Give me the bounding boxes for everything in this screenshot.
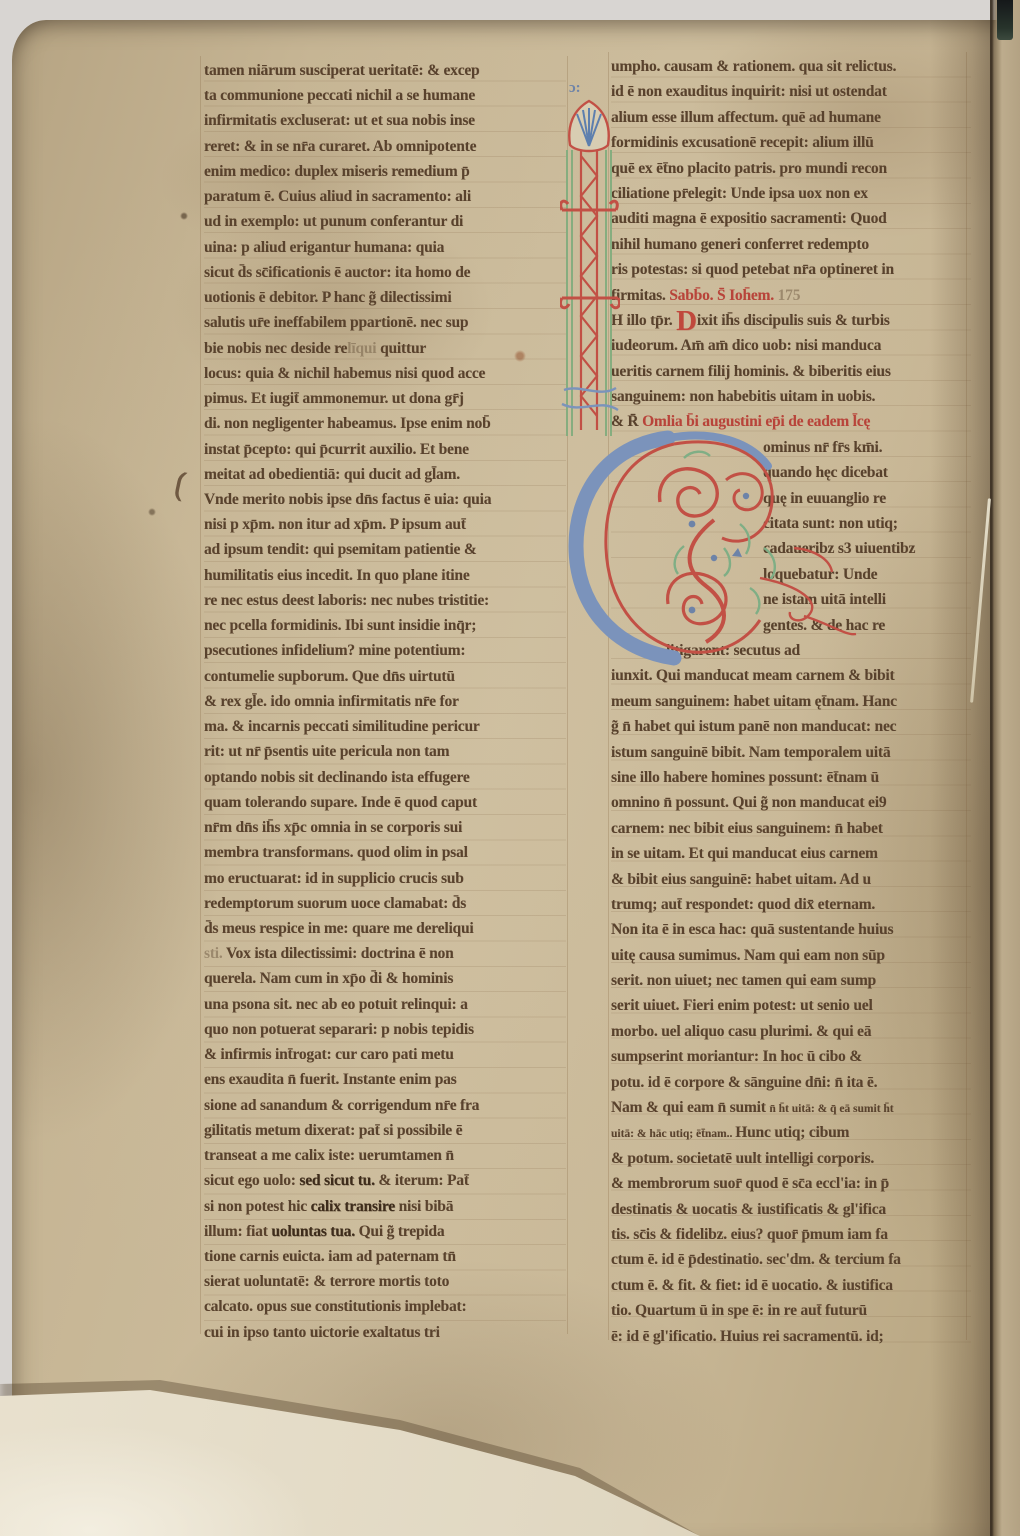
manuscript-line: formidinis excusationē recepit: alium il… [611,130,971,155]
manuscript-line: ctum ē. id ē p̄destinatio. sec'dm. & ter… [611,1247,971,1272]
manuscript-line: destinatis & uocatis & iustificatis & gl… [611,1197,971,1222]
body-text: transeat a me calix iste: uerumtamen n̄ [204,1147,454,1164]
body-text: salutis ur̄e ineffabilem ppartionē. nec … [204,314,468,331]
manuscript-line: transeat a me calix iste: uerumtamen n̄ [204,1143,566,1168]
manuscript-line: sumpserint moriantur: In hoc ū cibo & [611,1044,971,1069]
body-text: istum sanguinē bibit. Nam temporalem uit… [611,744,890,761]
manuscript-line: potu. id ē corpore & sānguine dn̄i: n̄ i… [611,1070,971,1095]
manuscript-line: & potum. societatē uult intelligi corpor… [611,1146,971,1171]
body-text: si non potest hic [204,1198,311,1215]
body-text: ctum ē. & fit. & fiet: id ē uocatio. & i… [611,1277,893,1294]
manuscript-line: sanguinem: non habebitis uitam in uobis. [611,384,971,409]
body-text: ta communione peccati nichil a se humane [204,87,475,104]
body-text: auditi magna ē expositio sacramenti: Quo… [611,210,887,227]
manuscript-line: ma. & incarnis peccati similitudine peri… [204,714,566,739]
manuscript-line: humilitatis eius incedit. In quo plane i… [204,563,566,588]
body-text: sine illo habere homines possunt: ēt̄nam… [611,769,879,786]
body-text: tione carnis euicta. iam ad paternam tn̄ [204,1248,456,1265]
manuscript-line: sicut ego uolo: sed sicut tu. & iterum: … [204,1168,566,1193]
body-text: quittur [376,340,426,357]
body-text: carnem: nec bibit eius sanguinem: n̄ hab… [611,820,883,837]
body-text: umpho. causam & rationem. qua sit relict… [611,58,896,75]
body-text: serit uiuet. Fieri enim potest: ut senio… [611,997,873,1014]
manuscript-line: tis. sc̄is & fidelibz. eius? quor̄ p̄mum… [611,1222,971,1247]
manuscript-line: sti. Vox ista dilectissimi: doctrina ē n… [204,941,566,966]
manuscript-line: instat p̄cepto: qui p̄currit auxilio. Et… [204,437,566,462]
body-text: līqui [347,340,376,357]
body-text: tamen niārum susciperat ueritatē: & exce… [204,62,479,79]
manuscript-line: morbo. uel aliquo casu plurimi. & qui eā [611,1019,971,1044]
body-text: 175 [774,287,800,304]
manuscript-line: g̃ n̄ habet qui istum panē non manducat:… [611,714,971,739]
manuscript-line: mo eructuarat: id in supplicio crucis su… [204,866,566,891]
manuscript-line: & infirmis int̄rogat: cur caro pati metu [204,1042,566,1067]
gutter-crease [930,20,990,1536]
manuscript-line: ctum ē. & fit. & fiet: id ē uocatio. & i… [611,1273,971,1298]
manuscript-line: meitat ad obedientiā: qui ducit ad gl̄am… [204,462,566,487]
body-text: & infirmis int̄rogat: cur caro pati metu [204,1046,454,1063]
manuscript-line: ta communione peccati nichil a se humane [204,83,566,108]
body-text: tio. Quartum ū in spe ē: in re aut̄ futu… [611,1302,867,1319]
manuscript-line: firmitas. Sabb̄o. S̄ Ioh̄em. 175 [611,283,971,308]
body-text: meitat ad obedientiā: qui ducit ad gl̄am… [204,466,460,483]
body-text: ud in exemplo: ut punum conferantur di [204,213,463,230]
manuscript-line: sine illo habere homines possunt: ēt̄nam… [611,765,971,790]
body-text: nisi bibā [395,1198,453,1215]
manuscript-line: bie nobis nec deside relīqui quittur [204,336,566,361]
body-text: sed sicut tu. [299,1172,374,1189]
manuscript-line: reret: & in se nr̄a curaret. Ab omnipote… [204,134,566,159]
manuscript-line: gilitatis metum dixerat: pat̄ si possibi… [204,1118,566,1143]
manuscript-line: H illo tp̄r. Dixit ih̄s discipulis suis … [611,308,971,333]
body-text: iunxit. Qui manducat meam carnem & bibit [611,667,895,684]
manuscript-line: querela. Nam cum in xp̄o d̄i & hominis [204,966,566,991]
manuscript-line: & rex gl̄e. ido omnia infirmitatis nr̄e … [204,689,566,714]
manuscript-line: iudeorum. Am̄ am̄ dico uob: nisi manduca [611,333,971,358]
body-text: Non ita ē in esca hac: quā sustentande h… [611,921,893,938]
body-text: instat p̄cepto: qui p̄currit auxilio. Et… [204,441,469,458]
body-text: destinatis & uocatis & iustificatis & gl… [611,1201,886,1218]
body-text: potu. id ē corpore & sānguine dn̄i: n̄ i… [611,1074,877,1091]
manuscript-line: locus: quia & nichil habemus nisi quod a… [204,361,566,386]
body-text: in se uitam. Et qui manducat eius carnem [611,845,878,862]
body-text: ctum ē. id ē p̄destinatio. sec'dm. & ter… [611,1251,901,1268]
body-text: g̃ n̄ habet qui istum panē non manducat:… [611,718,896,735]
body-text: nr̄m dn̄s ih̄s xp̄c omnia in se corporis… [204,819,462,836]
right-text-column: umpho. causam & rationem. qua sit relict… [611,54,971,1349]
body-text: quam tolerando supare. Inde ē quod caput [204,794,477,811]
manuscript-line: redemptorum suorum uoce clamabat: d̄s [204,891,566,916]
manuscript-line: re nec estus deest laboris: nec nubes tr… [204,588,566,613]
body-text: illum: fiat [204,1223,271,1240]
manuscript-line: omnino n̄ possunt. Qui g̃ non manducat e… [611,790,971,815]
body-text: bie nobis nec deside re [204,340,347,357]
manuscript-line: alium esse illum affectum. quē ad humane [611,105,971,130]
manuscript-line: trumq; aut̄ respondet: quod dix̄ eternam… [611,892,971,917]
body-text: paratum ē. Cuius aliud in sacramento: al… [204,188,471,205]
manuscript-line: serit. non uiuet; nec tamen qui eam sump [611,968,971,993]
body-text: ueritis carnem filij hominis. & biberiti… [611,363,891,380]
manuscript-line: quam tolerando supare. Inde ē quod caput [204,790,566,815]
body-text: iudeorum. Am̄ am̄ dico uob: nisi manduca [611,337,881,354]
body-text: sicut ego uolo: [204,1172,299,1189]
decorated-initial-I-bar-icon [560,98,620,446]
manuscript-line: nr̄m dn̄s ih̄s xp̄c omnia in se corporis… [204,815,566,840]
manuscript-line: uotionis ē debitor. P hanc g̃ dilectissi… [204,285,566,310]
body-text: tis. sc̄is & fidelibz. eius? quor̄ p̄mum… [611,1226,888,1243]
body-text: & iterum: Pat̄ [375,1172,469,1189]
body-text: Vnde merito nobis ipse dn̄s factus ē uia… [204,491,491,508]
manuscript-line: calcato. opus sue constitutionis impleba… [204,1294,566,1319]
body-text: Qui g̃ trepida [355,1223,445,1240]
body-text: meum sanguinem: habet uitam ęt̄nam. Hanc [611,693,897,710]
manuscript-line: ens exaudita n̄ fuerit. Instante enim pa… [204,1067,566,1092]
body-text: membra transformans. quod olim in psal [204,844,468,861]
manuscript-line: ueritis carnem filij hominis. & biberiti… [611,359,971,384]
manuscript-line: in se uitam. Et qui manducat eius carnem [611,841,971,866]
body-text: nisi p xp̄m. non itur ad xp̄m. P ipsum a… [204,516,466,533]
body-text: sumpserint moriantur: In hoc ū cibo & [611,1048,862,1065]
body-text: locus: quia & nichil habemus nisi quod a… [204,365,485,382]
body-text: re nec estus deest laboris: nec nubes tr… [204,592,489,609]
manuscript-line: auditi magna ē expositio sacramenti: Quo… [611,206,971,231]
body-text: sione ad sanandum & corrigendum nr̄e fra [204,1097,479,1114]
left-text-column: tamen niārum susciperat ueritatē: & exce… [204,58,566,1345]
manuscript-line: una psona sit. nec ab eo potuit relinqui… [204,992,566,1017]
body-text: cui in ipso tanto uictorie exaltatus tri [204,1324,440,1341]
manuscript-line: uitę causa sumimus. Nam qui eam non sūp [611,943,971,968]
manuscript-line: tione carnis euicta. iam ad paternam tn̄ [204,1244,566,1269]
manuscript-line: Nam & qui eam n̄ sumit n̄ h̄t uitā: & q̄… [611,1095,971,1120]
manuscript-line: ad ipsum tendit: qui psemitam patientie … [204,537,566,562]
body-text: Nam & qui eam n̄ sumit [611,1099,769,1116]
body-text: sti. [204,945,226,962]
manuscript-line: quo non potuerat separari: p nobis tepid… [204,1017,566,1042]
manuscript-line: contumelie supborum. Que dn̄s uirtutū [204,664,566,689]
manuscript-line: umpho. causam & rationem. qua sit relict… [611,54,971,79]
manuscript-line: uina: p aliud erigantur humana: quia [204,235,566,260]
body-text: alium esse illum affectum. quē ad humane [611,109,881,126]
body-text: rit: ut nr̄ p̄sentis uite pericula non t… [204,743,449,760]
body-text: ciliatione pr̄elegit: Unde ipsa uox non … [611,185,868,202]
body-text: uitā: & hāc utiq; ēt̄nam.. [611,1128,735,1140]
body-text: formidinis excusationē recepit: alium il… [611,134,874,151]
body-text: uitę causa sumimus. Nam qui eam non sūp [611,947,885,964]
manuscript-line: enim medico: duplex miseris remedium p̄ [204,159,566,184]
body-text: & bibit eius sanguinē: habet uitam. Ad u [611,871,871,888]
body-text: infirmitatis excluserat: ut et sua nobis… [204,112,475,129]
manuscript-line: carnem: nec bibit eius sanguinem: n̄ hab… [611,816,971,841]
body-text: uina: p aliud erigantur humana: quia [204,239,444,256]
body-text: & potum. societatē uult intelligi corpor… [611,1150,874,1167]
body-text: quo non potuerat separari: p nobis tepid… [204,1021,474,1038]
body-text: calcato. opus sue constitutionis impleba… [204,1298,466,1315]
manuscript-line: di. non negligenter habeamus. Ipse enim … [204,411,566,436]
body-text: & membrorum suor̄ quod ē sc̄a eccl'ia: i… [611,1175,889,1192]
body-text: sicut d̄s sc̄ificationis ē auctor: ita h… [204,264,470,281]
manuscript-line: nec pcella formidinis. Ibi sunt insidie … [204,613,566,638]
binding-tab [997,0,1013,40]
body-text: nec pcella formidinis. Ibi sunt insidie … [204,617,476,634]
manuscript-line: d̄s meus respice in me: quare me dereliq… [204,916,566,941]
manuscript-line: psecutiones infidelium? mine potentium: [204,638,566,663]
body-text: Vox ista dilectissimi: doctrina ē non [226,945,454,962]
body-text: di. non negligenter habeamus. Ipse enim … [204,415,491,432]
body-text: uoluntas tua. [271,1223,355,1240]
body-text: serit. non uiuet; nec tamen qui eam sump [611,972,876,989]
body-text: n̄ h̄t uitā: & q̄ eā sumit h̄t [769,1103,893,1115]
body-text: trumq; aut̄ respondet: quod dix̄ eternam… [611,896,875,913]
manuscript-line: & membrorum suor̄ quod ē sc̄a eccl'ia: i… [611,1171,971,1196]
body-text: omnino n̄ possunt. Qui g̃ non manducat e… [611,794,886,811]
manuscript-line: membra transformans. quod olim in psal [204,840,566,865]
manuscript-line: Vnde merito nobis ipse dn̄s factus ē uia… [204,487,566,512]
body-text: calix transire [311,1198,395,1215]
body-text: Hunc utiq; cibum [735,1124,849,1141]
body-text: quē ex ēt̄no placito patris. pro mundi r… [611,160,887,177]
manuscript-line: ē: id ē gl'ificatio. Huius rei sacrament… [611,1324,971,1349]
body-text: sanguinem: non habebitis uitam in uobis. [611,388,875,405]
body-text: ē: id ē gl'ificatio. Huius rei sacrament… [611,1328,884,1345]
body-text: humilitatis eius incedit. In quo plane i… [204,567,470,584]
body-text: ad ipsum tendit: qui psemitam patientie … [204,541,477,558]
body-text: H illo tp̄r. [611,312,676,329]
quire-mark: ɔ: [569,80,581,97]
manuscript-line: cui in ipso tanto uictorie exaltatus tri [204,1320,566,1345]
manuscript-line: optando nobis sit declinando ista effuge… [204,765,566,790]
rubric-text: Sabb̄o. S̄ Ioh̄em. [669,287,774,304]
manuscript-line: ris potestas: si quod petebat nr̄a optin… [611,257,971,282]
facing-page-edge [990,0,1020,1536]
manuscript-line: paratum ē. Cuius aliud in sacramento: al… [204,184,566,209]
body-text: nihil humano generi conferret redempto [611,236,869,253]
body-text: ixit ih̄s discipulis suis & turbis [697,312,890,329]
body-text: sierat uoluntatē: & terrore mortis toto [204,1273,449,1290]
column-rule-left-outer [200,56,201,1334]
body-text: ens exaudita n̄ fuerit. Instante enim pa… [204,1071,457,1088]
body-text: & rex gl̄e. ido omnia infirmitatis nr̄e … [204,693,459,710]
manuscript-line: si non potest hic calix transire nisi bi… [204,1194,566,1219]
body-text: pimus. Et iugit̄ ammonemur. ut dona gr̄j [204,390,464,407]
manuscript-line: istum sanguinē bibit. Nam temporalem uit… [611,740,971,765]
manuscript-line: salutis ur̄e ineffabilem ppartionē. nec … [204,310,566,335]
manuscript-line: tio. Quartum ū in spe ē: in re aut̄ futu… [611,1298,971,1323]
body-text: reret: & in se nr̄a curaret. Ab omnipote… [204,138,476,155]
manuscript-line: ud in exemplo: ut punum conferantur di [204,209,566,234]
illuminated-initial-D-icon [564,428,860,668]
manuscript-line: ciliatione pr̄elegit: Unde ipsa uox non … [611,181,971,206]
manuscript-line: nihil humano generi conferret redempto [611,232,971,257]
body-text: uotionis ē debitor. P hanc g̃ dilectissi… [204,289,451,306]
manuscript-line: sierat uoluntatē: & terrore mortis toto [204,1269,566,1294]
manuscript-line: id ē non exauditus inquirit: nisi ut ost… [611,79,971,104]
body-text: psecutiones infidelium? mine potentium: [204,642,465,659]
manuscript-line: pimus. Et iugit̄ ammonemur. ut dona gr̄j [204,386,566,411]
manuscript-line: illum: fiat uoluntas tua. Qui g̃ trepida [204,1219,566,1244]
body-text: enim medico: duplex miseris remedium p̄ [204,163,470,180]
manuscript-line: serit uiuet. Fieri enim potest: ut senio… [611,993,971,1018]
body-text: mo eructuarat: id in supplicio crucis su… [204,870,464,887]
manuscript-line: meum sanguinem: habet uitam ęt̄nam. Hanc [611,689,971,714]
body-text: gilitatis metum dixerat: pat̄ si possibi… [204,1122,462,1139]
manuscript-line: rit: ut nr̄ p̄sentis uite pericula non t… [204,739,566,764]
body-text: optando nobis sit declinando ista effuge… [204,769,470,786]
body-text: redemptorum suorum uoce clamabat: d̄s [204,895,466,912]
manuscript-line: & bibit eius sanguinē: habet uitam. Ad u [611,867,971,892]
manuscript-line: infirmitatis excluserat: ut et sua nobis… [204,108,566,133]
manuscript-line: Non ita ē in esca hac: quā sustentande h… [611,917,971,942]
body-text: id ē non exauditus inquirit: nisi ut ost… [611,83,887,100]
body-text: querela. Nam cum in xp̄o d̄i & hominis [204,970,453,987]
body-text: contumelie supborum. Que dn̄s uirtutū [204,668,455,685]
manuscript-line: tamen niārum susciperat ueritatē: & exce… [204,58,566,83]
manuscript-line: sione ad sanandum & corrigendum nr̄e fra [204,1093,566,1118]
manuscript-line: nisi p xp̄m. non itur ad xp̄m. P ipsum a… [204,512,566,537]
body-text: ma. & incarnis peccati similitudine peri… [204,718,480,735]
rubric-capital: D [676,305,697,337]
body-text: ris potestas: si quod petebat nr̄a optin… [611,261,894,278]
body-text: una psona sit. nec ab eo potuit relinqui… [204,996,468,1013]
body-text: d̄s meus respice in me: quare me dereliq… [204,920,474,937]
manuscript-line: uitā: & hāc utiq; ēt̄nam.. Hunc utiq; ci… [611,1120,971,1145]
body-text: morbo. uel aliquo casu plurimi. & qui eā [611,1023,871,1040]
manuscript-line: sicut d̄s sc̄ificationis ē auctor: ita h… [204,260,566,285]
manuscript-line: quē ex ēt̄no placito patris. pro mundi r… [611,156,971,181]
